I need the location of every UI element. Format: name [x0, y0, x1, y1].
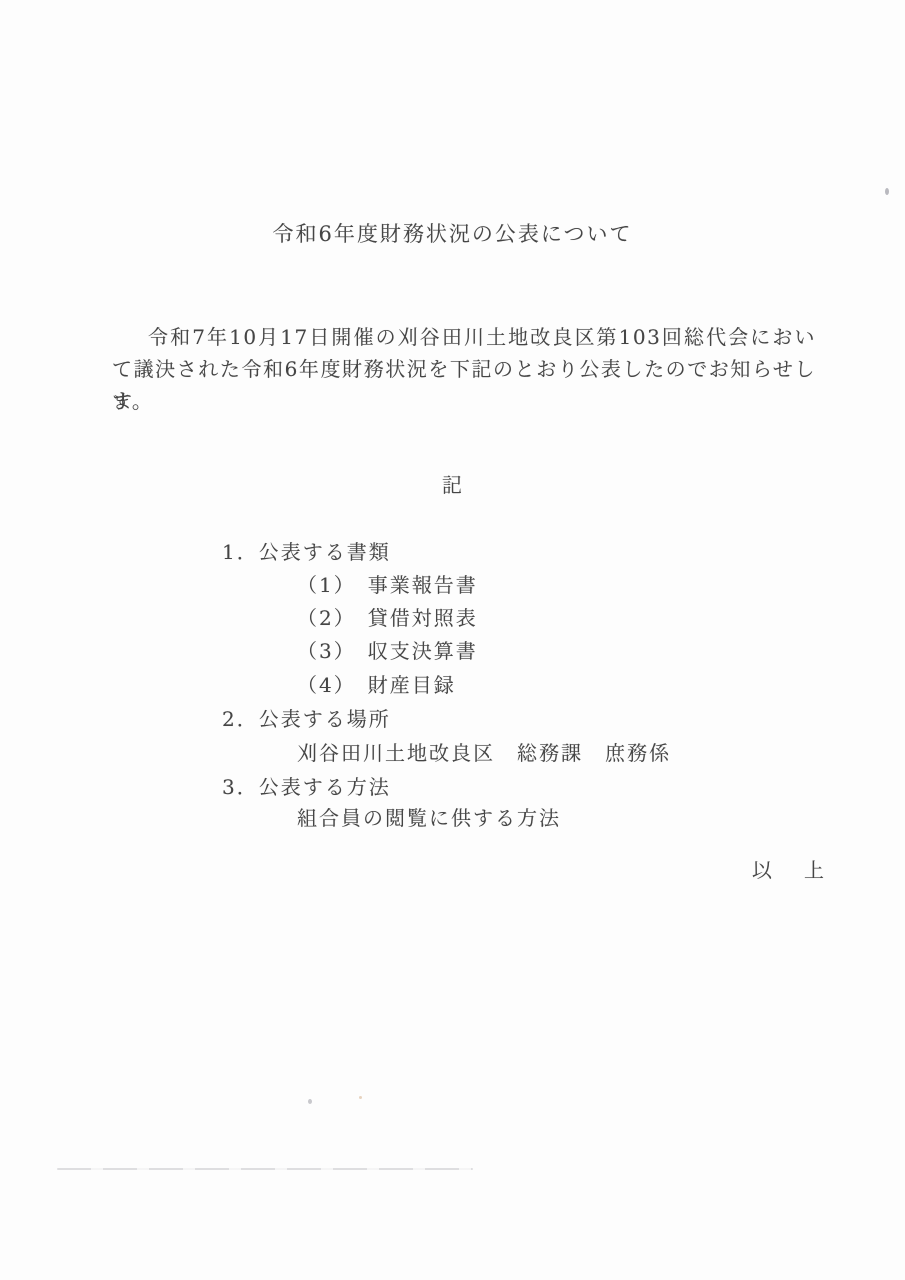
- list-subitem-income-statement: （3） 収支決算書: [297, 636, 478, 666]
- paragraph-line-3: す。: [112, 385, 816, 417]
- document-title: 令和6年度財務状況の公表について: [0, 220, 905, 248]
- closing-text: 以 上: [752, 855, 830, 885]
- paragraph-line-2: て議決された令和6年度財務状況を下記のとおり公表したのでお知らせしま: [112, 353, 816, 385]
- scan-artifact-speck: [885, 188, 889, 195]
- scan-artifact-speck: [308, 1099, 312, 1104]
- scanned-document-page: 令和6年度財務状況の公表について 令和7年10月17日開催の刈谷田川土地改良区第…: [0, 0, 905, 1280]
- list-subitem-balance-sheet: （2） 貸借対照表: [297, 603, 478, 633]
- list-subitem-place-detail: 刈谷田川土地改良区 総務課 庶務係: [297, 738, 671, 768]
- paragraph-line-1: 令和7年10月17日開催の刈谷田川土地改良区第103回総代会におい: [112, 321, 816, 353]
- list-subitem-method-detail: 組合員の閲覧に供する方法: [297, 803, 561, 833]
- list-subitem-business-report: （1） 事業報告書: [297, 570, 478, 600]
- list-item-1-documents: 1．公表する書類: [222, 537, 391, 567]
- scan-artifact-line: [57, 1168, 473, 1170]
- list-item-3-method: 3．公表する方法: [222, 772, 391, 802]
- scan-artifact-speck: [359, 1096, 362, 1099]
- list-subitem-asset-inventory: （4） 財産目録: [297, 670, 456, 700]
- body-paragraph: 令和7年10月17日開催の刈谷田川土地改良区第103回総代会におい て議決された…: [112, 321, 816, 417]
- list-item-2-place: 2．公表する場所: [222, 704, 391, 734]
- record-heading: 記: [0, 470, 905, 500]
